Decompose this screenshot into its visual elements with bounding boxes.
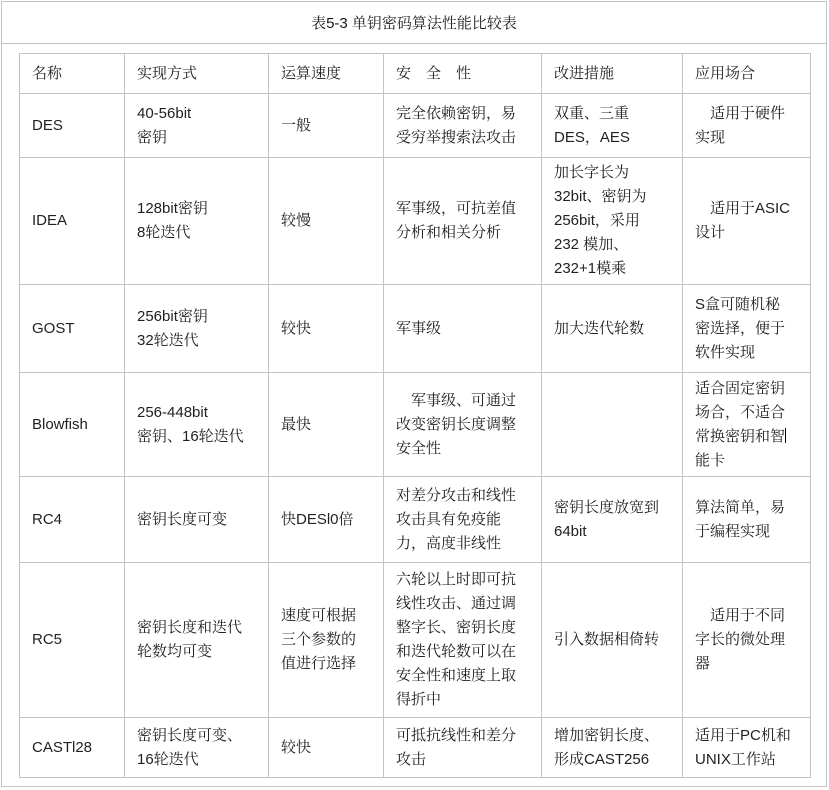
cell-rc4-implementation[interactable]: 密钥长度可变 — [125, 477, 269, 563]
cell-rc5-security[interactable]: 六轮以上时即可抗 线性攻击、通过调 整字长、密钥长度 和迭代轮数可以在 安全性和… — [384, 563, 542, 718]
cell-des-speed[interactable]: 一般 — [269, 94, 384, 158]
text-cursor — [785, 428, 786, 443]
cell-rc4-improvement[interactable]: 密钥长度放宽到 64bit — [542, 477, 683, 563]
table-row-des: DES 40-56bit 密钥 一般 完全依赖密钥，易 受穷举搜索法攻击 双重、… — [20, 94, 811, 158]
table-container: 名称 实现方式 运算速度 安 全 性 改进措施 应用场合 DES 40-56bi… — [2, 44, 826, 778]
cell-idea-security[interactable]: 军事级，可抗差值 分析和相关分析 — [384, 158, 542, 285]
cell-gost-name[interactable]: GOST — [20, 285, 125, 373]
cell-rc5-application[interactable]: 适用于不同 字长的微处理 器 — [683, 563, 811, 718]
table-row-idea: IDEA 128bit密钥 8轮迭代 较慢 军事级，可抗差值 分析和相关分析 加… — [20, 158, 811, 285]
cell-blowfish-speed[interactable]: 最快 — [269, 373, 384, 477]
cell-rc4-security[interactable]: 对差分攻击和线性 攻击具有免疫能 力，高度非线性 — [384, 477, 542, 563]
cell-rc5-implementation[interactable]: 密钥长度和迭代 轮数均可变 — [125, 563, 269, 718]
cell-des-improvement[interactable]: 双重、三重 DES，AES — [542, 94, 683, 158]
cell-idea-application[interactable]: 适用于ASIC 设计 — [683, 158, 811, 285]
cell-cast128-application[interactable]: 适用于PC机和 UNIX工作站 — [683, 718, 811, 778]
table-row-blowfish: Blowfish 256-448bit 密钥、16轮迭代 最快 军事级、可通过 … — [20, 373, 811, 477]
table-row-rc4: RC4 密钥长度可变 快DESl0倍 对差分攻击和线性 攻击具有免疫能 力，高度… — [20, 477, 811, 563]
cell-text-before-cursor: 适合固定密钥 场合，不适合 常换密钥和智 — [695, 380, 785, 445]
cell-gost-improvement[interactable]: 加大迭代轮数 — [542, 285, 683, 373]
cell-gost-application[interactable]: S盒可随机秘 密选择，便于 软件实现 — [683, 285, 811, 373]
cell-cast128-improvement[interactable]: 增加密钥长度、 形成CAST256 — [542, 718, 683, 778]
cell-rc5-speed[interactable]: 速度可根据 三个参数的 值进行选择 — [269, 563, 384, 718]
column-header-application[interactable]: 应用场合 — [683, 54, 811, 94]
column-header-improvement[interactable]: 改进措施 — [542, 54, 683, 94]
cell-idea-improvement[interactable]: 加长字长为 32bit、密钥为 256bit，采用 232 模加、 232+1模… — [542, 158, 683, 285]
table-row-rc5: RC5 密钥长度和迭代 轮数均可变 速度可根据 三个参数的 值进行选择 六轮以上… — [20, 563, 811, 718]
table-frame: 表5-3 单钥密码算法性能比较表 名称 实现方式 运算速度 安 全 性 改进 — [1, 1, 827, 787]
table-caption-row: 表5-3 单钥密码算法性能比较表 — [2, 2, 826, 44]
cell-cast128-implementation[interactable]: 密钥长度可变、 16轮迭代 — [125, 718, 269, 778]
cell-gost-implementation[interactable]: 256bit密钥 32轮迭代 — [125, 285, 269, 373]
cell-idea-name[interactable]: IDEA — [20, 158, 125, 285]
cell-rc5-name[interactable]: RC5 — [20, 563, 125, 718]
cell-blowfish-improvement[interactable] — [542, 373, 683, 477]
column-header-security[interactable]: 安 全 性 — [384, 54, 542, 94]
cell-blowfish-application[interactable]: 适合固定密钥 场合，不适合 常换密钥和智 能卡 — [683, 373, 811, 477]
document-page: 表5-3 单钥密码算法性能比较表 名称 实现方式 运算速度 安 全 性 改进 — [0, 0, 829, 790]
cell-cast128-name[interactable]: CASTl28 — [20, 718, 125, 778]
cell-rc5-improvement[interactable]: 引入数据相倚转 — [542, 563, 683, 718]
cell-blowfish-name[interactable]: Blowfish — [20, 373, 125, 477]
cell-cast128-speed[interactable]: 较快 — [269, 718, 384, 778]
cell-cast128-security[interactable]: 可抵抗线性和差分 攻击 — [384, 718, 542, 778]
cell-text-after-cursor: 能卡 — [695, 452, 725, 469]
table-row-cast128: CASTl28 密钥长度可变、 16轮迭代 较快 可抵抗线性和差分 攻击 增加密… — [20, 718, 811, 778]
cell-des-implementation[interactable]: 40-56bit 密钥 — [125, 94, 269, 158]
cell-des-security[interactable]: 完全依赖密钥，易 受穷举搜索法攻击 — [384, 94, 542, 158]
column-header-implementation[interactable]: 实现方式 — [125, 54, 269, 94]
cell-gost-speed[interactable]: 较快 — [269, 285, 384, 373]
cell-blowfish-security[interactable]: 军事级、可通过 改变密钥长度调整 安全性 — [384, 373, 542, 477]
column-header-speed[interactable]: 运算速度 — [269, 54, 384, 94]
header-row: 名称 实现方式 运算速度 安 全 性 改进措施 应用场合 — [20, 54, 811, 94]
cell-des-name[interactable]: DES — [20, 94, 125, 158]
cell-des-application[interactable]: 适用于硬件 实现 — [683, 94, 811, 158]
cell-idea-speed[interactable]: 较慢 — [269, 158, 384, 285]
cell-rc4-speed[interactable]: 快DESl0倍 — [269, 477, 384, 563]
cell-gost-security[interactable]: 军事级 — [384, 285, 542, 373]
cell-idea-implementation[interactable]: 128bit密钥 8轮迭代 — [125, 158, 269, 285]
cell-blowfish-implementation[interactable]: 256-448bit 密钥、16轮迭代 — [125, 373, 269, 477]
algorithm-comparison-table: 名称 实现方式 运算速度 安 全 性 改进措施 应用场合 DES 40-56bi… — [19, 53, 811, 778]
table-title[interactable]: 表5-3 单钥密码算法性能比较表 — [311, 12, 517, 33]
column-header-name[interactable]: 名称 — [20, 54, 125, 94]
table-row-gost: GOST 256bit密钥 32轮迭代 较快 军事级 加大迭代轮数 S盒可随机秘… — [20, 285, 811, 373]
cell-rc4-name[interactable]: RC4 — [20, 477, 125, 563]
cell-rc4-application[interactable]: 算法简单，易 于编程实现 — [683, 477, 811, 563]
